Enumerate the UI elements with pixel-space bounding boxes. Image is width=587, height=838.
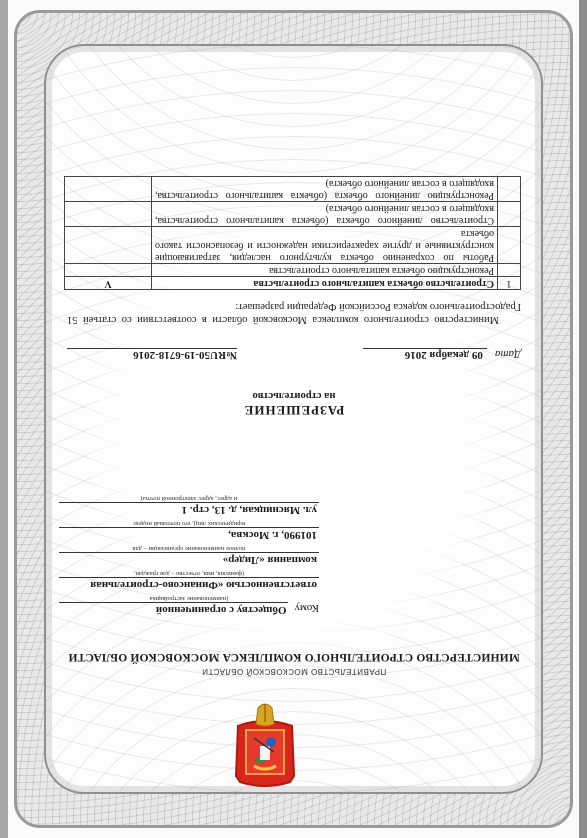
recipient-caption: (наименование застройщика <box>59 594 319 602</box>
row-number <box>498 177 521 202</box>
recipient-name-line3: компания «Лидер» <box>59 552 319 566</box>
document-title: РАЗРЕШЕНИЕ <box>59 402 529 418</box>
recipient-name-line1: Обществу с ограниченной <box>59 602 288 616</box>
recipient-caption: и адрес, адрес электронной почты) <box>59 494 319 502</box>
row-number <box>498 202 521 227</box>
recipient-label: Кому <box>288 602 319 614</box>
row-mark <box>65 227 152 264</box>
row-description: Реконструкцию линейного объекта (объекта… <box>152 177 498 202</box>
table-row: Реконструкцию объекта капитального строи… <box>65 264 521 277</box>
ministry-name: МИНИСТЕРСТВО СТРОИТЕЛЬНОГО КОМПЛЕКСА МОС… <box>59 651 529 663</box>
recipient-address-line2: ул. Мясницкая, д. 13, стр. 1 <box>59 502 319 516</box>
row-description: Строительство линейного объекта (объекта… <box>152 202 498 227</box>
row-description: Реконструкцию объекта капитального строи… <box>152 264 498 277</box>
date-number-row: Дата 09 декабря 2016 №RU50-19-6718-2016 <box>67 348 521 361</box>
row-mark <box>65 202 152 227</box>
row-mark <box>65 177 152 202</box>
recipient-address-line1: 101990, г. Москва, <box>59 527 319 541</box>
row-number <box>498 227 521 264</box>
permit-type-table: 1Строительство объекта капитального стро… <box>64 176 521 290</box>
permit-document-page: ПРАВИТЕЛЬСТВО МОСКОВСКОЙ ОБЛАСТИ МИНИСТЕ… <box>0 0 587 838</box>
recipient-caption: (фамилия, имя, отчество – для граждан, <box>59 569 319 577</box>
recipient-caption: юридических лиц), его почтовый индекс <box>59 519 319 527</box>
table-row: Реконструкцию линейного объекта (объекта… <box>65 177 521 202</box>
document-content: ПРАВИТЕЛЬСТВО МОСКОВСКОЙ ОБЛАСТИ МИНИСТЕ… <box>59 0 529 838</box>
scan-edge-right <box>0 0 8 838</box>
row-description: Строительство объекта капитального строи… <box>152 277 498 290</box>
table-row: 1Строительство объекта капитального стро… <box>65 277 521 290</box>
recipient-caption: полное наименование организации – для <box>59 544 319 552</box>
row-number: 1 <box>498 277 521 290</box>
table-row: Строительство линейного объекта (объекта… <box>65 202 521 227</box>
coat-of-arms-icon <box>232 696 298 788</box>
row-number <box>498 264 521 277</box>
intro-paragraph: Министерство строительного комплекса Мос… <box>67 300 521 326</box>
row-mark <box>65 264 152 277</box>
document-subtitle: на строительство <box>59 390 529 401</box>
date-value: 09 декабря 2016 <box>363 348 487 361</box>
recipient-name-line2: ответственностью «Финансово-строительная <box>59 577 319 591</box>
permit-number: №RU50-19-6718-2016 <box>67 348 237 361</box>
row-mark: V <box>65 277 152 290</box>
row-description: Работы по сохранению объекта культурного… <box>152 227 498 264</box>
date-label: Дата <box>487 348 521 360</box>
recipient-block: Кому Обществу с ограниченной (наименован… <box>59 491 319 616</box>
government-name: ПРАВИТЕЛЬСТВО МОСКОВСКОЙ ОБЛАСТИ <box>59 667 529 676</box>
scan-edge-left <box>579 0 587 838</box>
table-row: Работы по сохранению объекта культурного… <box>65 227 521 264</box>
